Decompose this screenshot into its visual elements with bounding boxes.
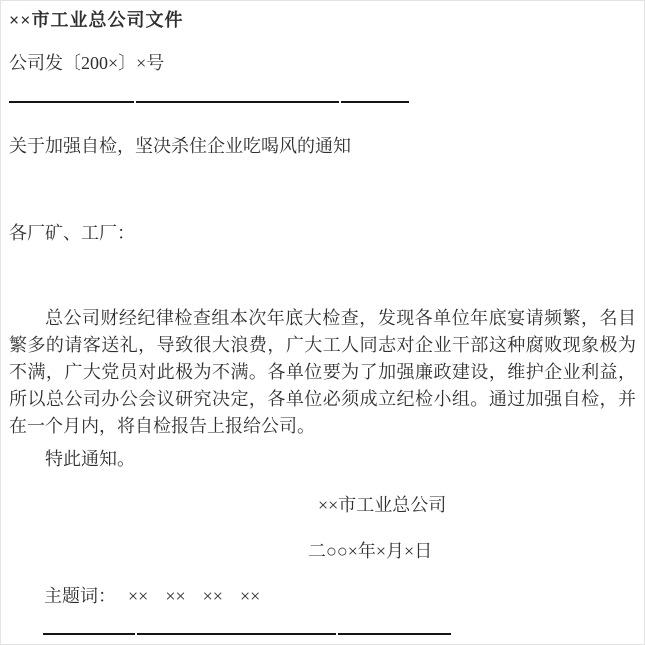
document-title: 关于加强自检，坚决杀住企业吃喝风的通知 <box>9 133 636 160</box>
signature-org: ××市工业总公司 <box>9 492 636 519</box>
keyword-item: ×× <box>128 586 148 606</box>
keywords-label: 主题词： <box>44 586 116 606</box>
keyword-item: ×× <box>165 586 185 606</box>
top-separator-segment <box>136 101 339 103</box>
bottom-separator-segment <box>137 633 336 635</box>
body-paragraph: 总公司财经纪律检查组本次年底大检查，发现各单位年底宴请频繁，名目繁多的请客送礼，… <box>9 305 636 440</box>
notice-document-page: ××市工业总公司文件 公司发〔200×〕×号 关于加强自检，坚决杀住企业吃喝风的… <box>0 0 645 645</box>
signature-date: 二○○×年×月×日 <box>9 538 636 565</box>
keywords-row: 主题词：×××××××× <box>9 583 636 610</box>
keyword-item: ×× <box>203 586 223 606</box>
top-separator-segment <box>341 101 409 103</box>
bottom-separator-line <box>43 633 636 635</box>
bottom-separator-segment <box>43 633 135 635</box>
top-separator-line <box>9 101 636 103</box>
bottom-separator-segment <box>338 633 451 635</box>
closing-phrase: 特此通知。 <box>9 446 636 473</box>
top-separator-segment <box>9 101 134 103</box>
keyword-item: ×× <box>240 586 260 606</box>
document-number: 公司发〔200×〕×号 <box>9 50 636 77</box>
salutation: 各厂矿、工厂： <box>9 220 636 247</box>
document-header: ××市工业总公司文件 <box>9 7 636 34</box>
